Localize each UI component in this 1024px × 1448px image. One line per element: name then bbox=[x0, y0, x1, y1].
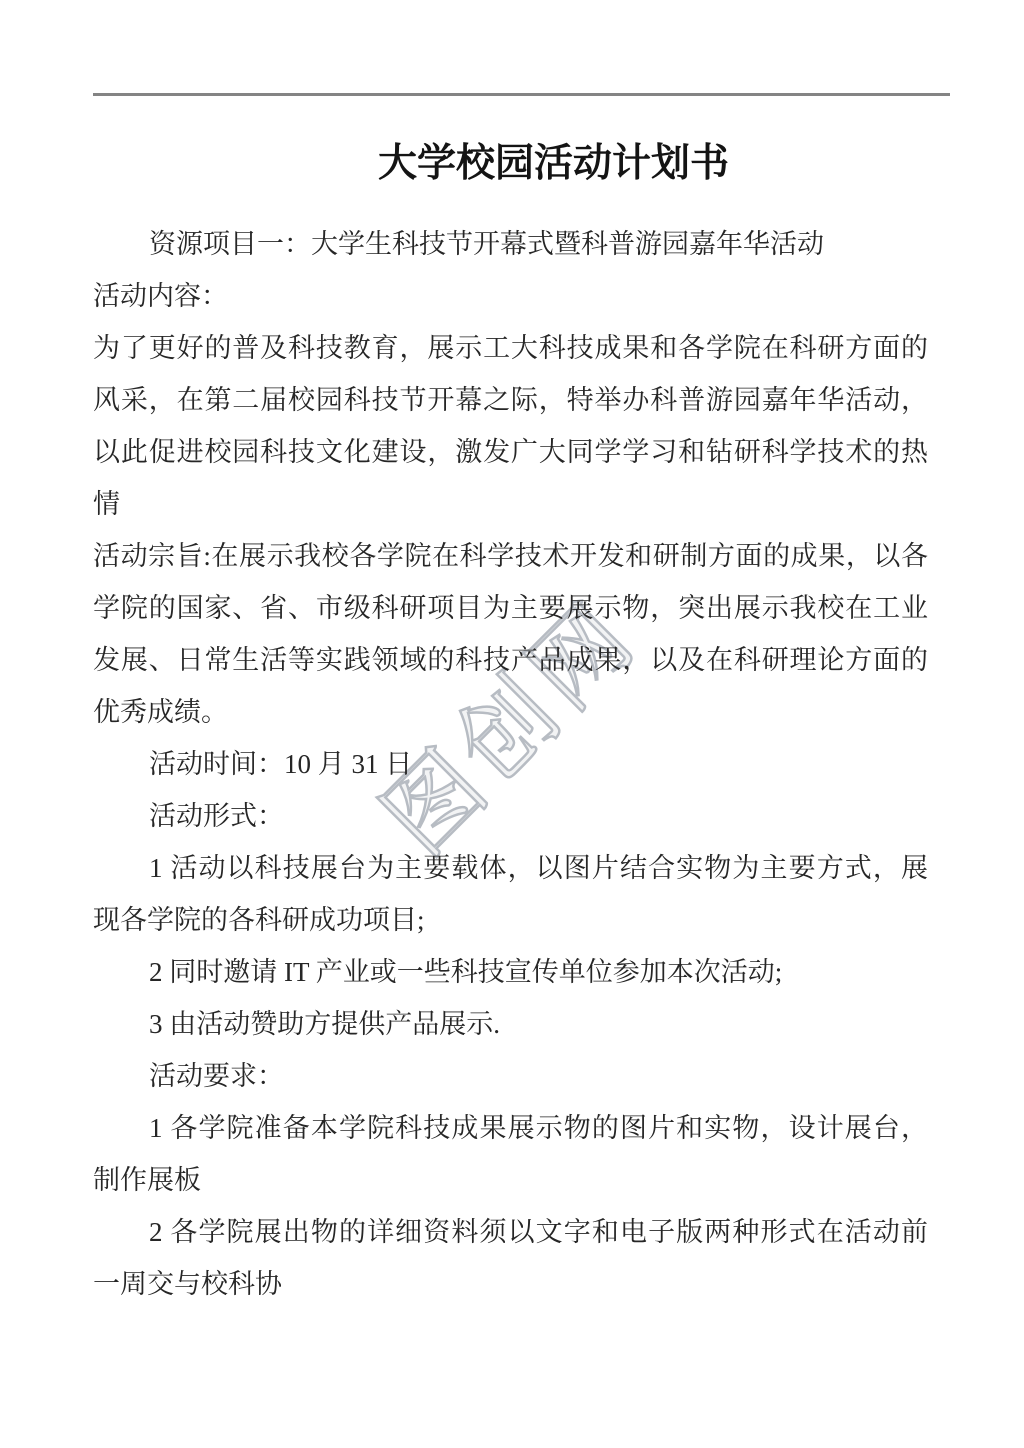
text-line: 制作展板 bbox=[93, 1154, 928, 1206]
text-line: 2 各学院展出物的详细资料须以文字和电子版两种形式在活动前 bbox=[93, 1206, 928, 1258]
document-page: 图创网 大学校园活动计划书 资源项目一：大学生科技节开幕式暨科普游园嘉年华活动活… bbox=[0, 0, 1024, 1448]
document-title: 大学校园活动计划书 bbox=[93, 136, 928, 192]
header-rule bbox=[93, 93, 950, 96]
text-line: 风采，在第二届校园科技节开幕之际，特举办科普游园嘉年华活动， bbox=[93, 374, 928, 426]
text-line: 学院的国家、省、市级科研项目为主要展示物，突出展示我校在工业 bbox=[93, 582, 928, 634]
text-line: 一周交与校科协 bbox=[93, 1258, 928, 1310]
text-line: 活动内容： bbox=[93, 270, 928, 322]
text-line: 现各学院的各科研成功项目; bbox=[93, 894, 928, 946]
text-line: 情 bbox=[93, 478, 928, 530]
document-body: 资源项目一：大学生科技节开幕式暨科普游园嘉年华活动活动内容：为了更好的普及科技教… bbox=[93, 218, 928, 1310]
text-line: 活动要求： bbox=[93, 1050, 928, 1102]
text-line: 1 各学院准备本学院科技成果展示物的图片和实物，设计展台， bbox=[93, 1102, 928, 1154]
text-line: 活动时间：10 月 31 日 bbox=[93, 738, 928, 790]
text-line: 发展、日常生活等实践领域的科技产品成果，以及在科研理论方面的 bbox=[93, 634, 928, 686]
text-line: 为了更好的普及科技教育，展示工大科技成果和各学院在科研方面的 bbox=[93, 322, 928, 374]
text-line: 以此促进校园科技文化建设，激发广大同学学习和钻研科学技术的热 bbox=[93, 426, 928, 478]
text-line: 1 活动以科技展台为主要载体，以图片结合实物为主要方式，展 bbox=[93, 842, 928, 894]
text-line: 活动形式： bbox=[93, 790, 928, 842]
text-line: 2 同时邀请 IT 产业或一些科技宣传单位参加本次活动; bbox=[93, 946, 928, 998]
text-line: 资源项目一：大学生科技节开幕式暨科普游园嘉年华活动 bbox=[93, 218, 928, 270]
text-line: 活动宗旨:在展示我校各学院在科学技术开发和研制方面的成果，以各 bbox=[93, 530, 928, 582]
text-line: 3 由活动赞助方提供产品展示. bbox=[93, 998, 928, 1050]
text-line: 优秀成绩。 bbox=[93, 686, 928, 738]
